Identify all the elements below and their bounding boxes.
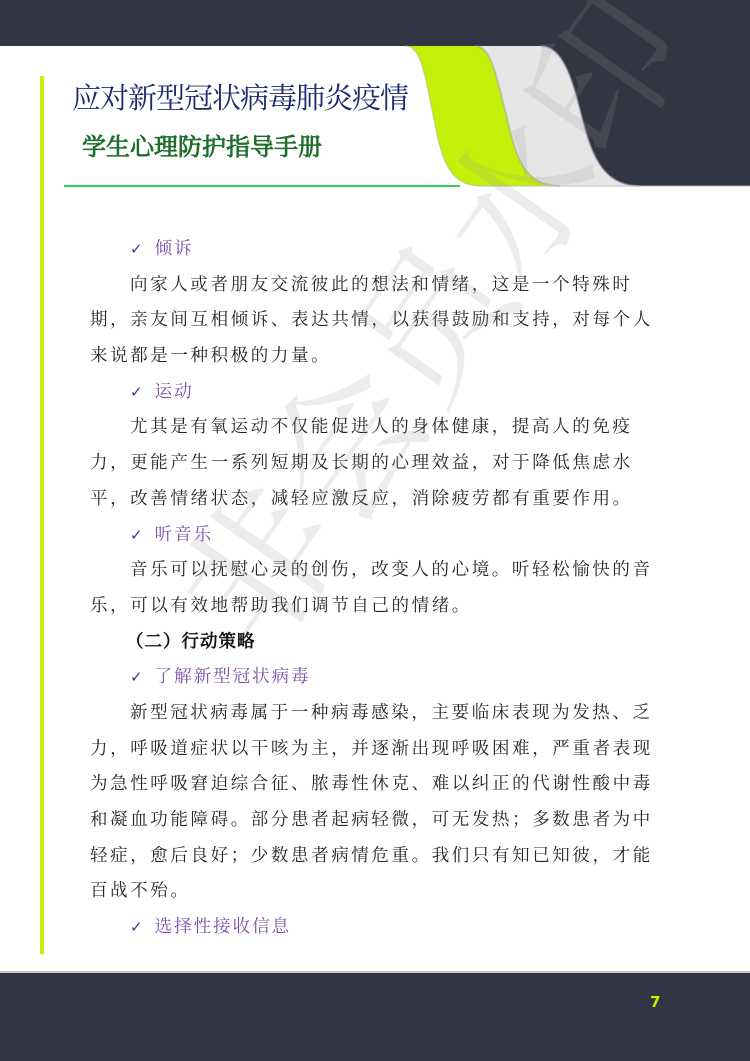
bullet-heading: ✓倾诉	[90, 232, 670, 268]
page-number: 7	[650, 993, 660, 1011]
bullet-heading: ✓选择性接收信息	[90, 910, 670, 946]
paragraph-line: 尤其是有氧运动不仅能促进人的身体健康，提高人的免疫	[90, 410, 670, 446]
document-title: 应对新型冠状病毒肺炎疫情	[72, 76, 408, 117]
paragraph-line: 来说都是一种积极的力量。	[90, 339, 670, 375]
paragraph-line: 为急性呼吸窘迫综合征、脓毒性休克、难以纠正的代谢性酸中毒	[90, 767, 670, 803]
paragraph-line: 轻症，愈后良好；少数患者病情危重。我们只有知已知彼，才能	[90, 839, 670, 875]
document-subtitle: 学生心理防护指导手册	[82, 127, 322, 162]
checkmark-icon: ✓	[130, 918, 145, 936]
paragraph-line: 和凝血功能障碍。部分患者起病轻微，可无发热；多数患者为中	[90, 803, 670, 839]
paragraph-line: 期，亲友间互相倾诉、表达共情，以获得鼓励和支持，对每个人	[90, 303, 670, 339]
paragraph-line: 力，呼吸道症状以干咳为主，并逐渐出现呼吸困难，严重者表现	[90, 732, 670, 768]
paragraph-line: 乐，可以有效地帮助我们调节自己的情绪。	[90, 589, 670, 625]
left-accent-rule	[40, 76, 44, 954]
paragraph-line: 向家人或者朋友交流彼此的想法和情绪，这是一个特殊时	[90, 268, 670, 304]
body-content: ✓倾诉 向家人或者朋友交流彼此的想法和情绪，这是一个特殊时 期，亲友间互相倾诉、…	[90, 232, 670, 946]
bullet-heading: ✓了解新型冠状病毒	[90, 660, 670, 696]
paragraph-line: 力，更能产生一系列短期及长期的心理效益，对于降低焦虑水	[90, 446, 670, 482]
checkmark-icon: ✓	[130, 240, 145, 258]
title-underline	[64, 185, 460, 187]
paragraph-line: 音乐可以抚慰心灵的创伤，改变人的心境。听轻松愉快的音	[90, 553, 670, 589]
bullet-heading: ✓运动	[90, 375, 670, 411]
checkmark-icon: ✓	[130, 383, 145, 401]
section-heading: （二）行动策略	[90, 625, 670, 661]
footer-band: 7	[0, 971, 750, 1061]
bullet-heading: ✓听音乐	[90, 518, 670, 554]
paragraph-line: 百战不殆。	[90, 874, 670, 910]
checkmark-icon: ✓	[130, 526, 145, 544]
paragraph-line: 新型冠状病毒属于一种病毒感染，主要临床表现为发热、乏	[90, 696, 670, 732]
checkmark-icon: ✓	[130, 668, 145, 686]
paragraph-line: 平，改善情绪状态，减轻应激反应，消除疲劳都有重要作用。	[90, 482, 670, 518]
